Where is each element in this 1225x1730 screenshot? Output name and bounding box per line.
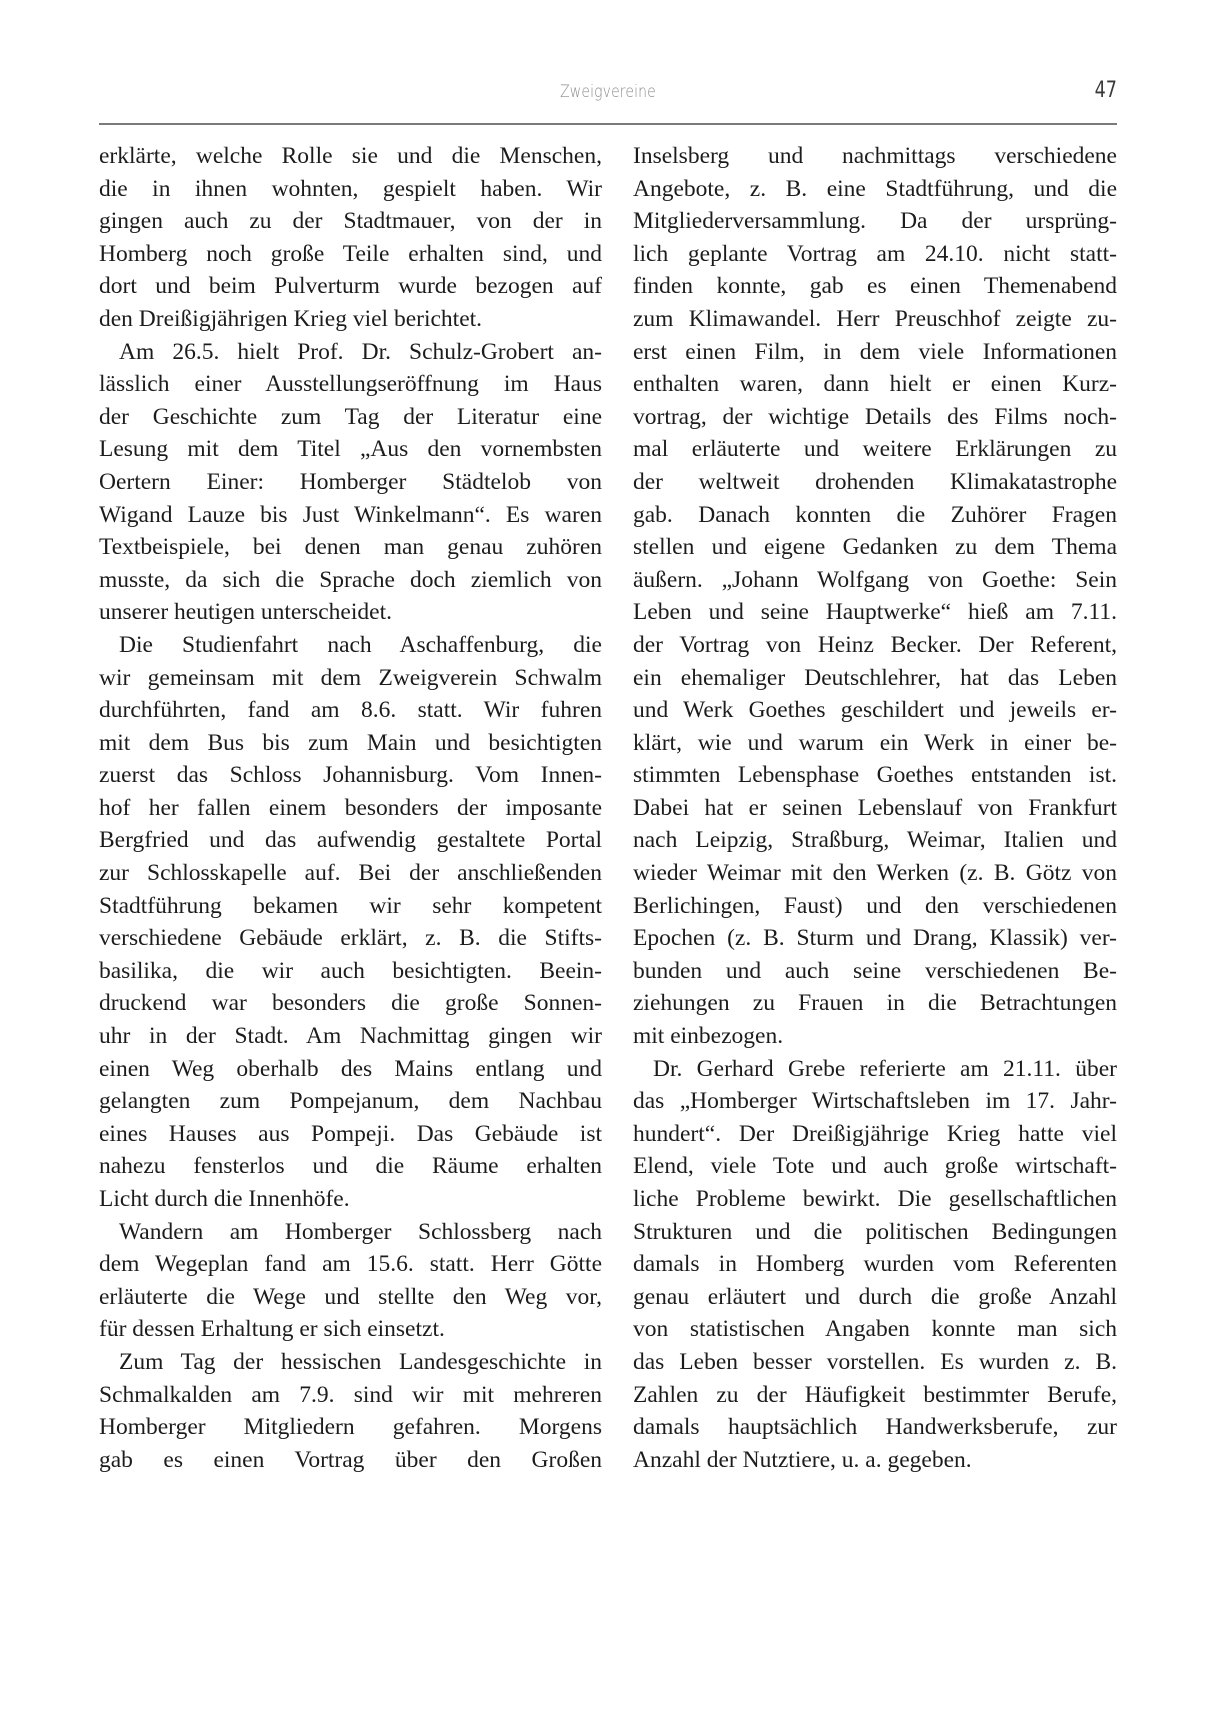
text-line: das Leben besser vorstellen. Es wurden z… [633, 1346, 1117, 1379]
text-line: gab. Danach konnten die Zuhörer Fragen [633, 499, 1117, 532]
text-line: Bergfried und das aufwendig gestaltete P… [99, 824, 602, 857]
paragraph: erklärte, welche Rolle sie und die Mensc… [99, 140, 602, 336]
text-line: unserer heutigen unterscheidet. [99, 596, 602, 629]
text-line: Zahlen zu der Häufigkeit bestimmter Beru… [633, 1379, 1117, 1412]
text-line: Homberg noch große Teile erhalten sind, … [99, 238, 602, 271]
text-line: mit einbezogen. [633, 1020, 1117, 1053]
running-header: Zweigvereine 47 [99, 76, 1117, 108]
text-line: verschiedene Gebäude erklärt, z. B. die … [99, 922, 602, 955]
text-line: der Vortrag von Heinz Becker. Der Refere… [633, 629, 1117, 662]
left-column: erklärte, welche Rolle sie und die Mensc… [99, 140, 602, 1476]
text-line: zum Klimawandel. Herr Preuschhof zeigte … [633, 303, 1117, 336]
text-line: genau erläutert und durch die große Anza… [633, 1281, 1117, 1314]
text-line: Berlichingen, Faust) und den verschieden… [633, 890, 1117, 923]
page-number: 47 [1095, 78, 1117, 103]
header-rule [99, 123, 1117, 125]
text-line: Am 26.5. hielt Prof. Dr. Schulz-Grobert … [99, 336, 602, 369]
paragraph: Zum Tag der hessischen Landesgeschichte … [99, 1346, 602, 1476]
text-line: klärt, wie und warum ein Werk in einer b… [633, 727, 1117, 760]
text-line: Leben und seine Hauptwerke“ hieß am 7.11… [633, 596, 1117, 629]
text-line: finden konnte, gab es einen Themenabend [633, 270, 1117, 303]
text-line: nach Leipzig, Straßburg, Weimar, Italien… [633, 824, 1117, 857]
text-line: musste, da sich die Sprache doch ziemlic… [99, 564, 602, 597]
text-line: äußern. „Johann Wolfgang von Goethe: Sei… [633, 564, 1117, 597]
text-line: Strukturen und die politischen Bedingung… [633, 1216, 1117, 1249]
text-line: liche Probleme bewirkt. Die gesellschaft… [633, 1183, 1117, 1216]
text-line: Zum Tag der hessischen Landesgeschichte … [99, 1346, 602, 1379]
text-line: und Werk Goethes geschildert und jeweils… [633, 694, 1117, 727]
text-line: stellen und eigene Gedanken zu dem Thema [633, 531, 1117, 564]
text-line: gab es einen Vortrag über den Großen [99, 1444, 602, 1477]
text-line: den Dreißigjährigen Krieg viel berichtet… [99, 303, 602, 336]
text-line: Licht durch die Innenhöfe. [99, 1183, 602, 1216]
text-line: Stadtführung bekamen wir sehr kompetent [99, 890, 602, 923]
text-line: wieder Weimar mit den Werken (z. B. Götz… [633, 857, 1117, 890]
text-line: Angebote, z. B. eine Stadtführung, und d… [633, 173, 1117, 206]
text-line: lässlich einer Ausstellungseröffnung im … [99, 368, 602, 401]
text-line: ziehungen zu Frauen in die Betrachtungen [633, 987, 1117, 1020]
text-line: Textbeispiele, bei denen man genau zuhör… [99, 531, 602, 564]
text-line: Dabei hat er seinen Lebenslauf von Frank… [633, 792, 1117, 825]
text-line: das „Homberger Wirtschaftsleben im 17. J… [633, 1085, 1117, 1118]
text-line: dem Wegeplan fand am 15.6. statt. Herr G… [99, 1248, 602, 1281]
text-line: der weltweit drohenden Klimakatastrophe [633, 466, 1117, 499]
paragraph: Die Studienfahrt nach Aschaffenburg, die… [99, 629, 602, 1216]
text-line: einen Weg oberhalb des Mains entlang und [99, 1053, 602, 1086]
text-line: druckend war besonders die große Sonnen- [99, 987, 602, 1020]
text-line: ein ehemaliger Deutschlehrer, hat das Le… [633, 662, 1117, 695]
paragraph: Inselsberg und nachmittags verschiedeneA… [633, 140, 1117, 1053]
text-line: eines Hauses aus Pompeji. Das Gebäude is… [99, 1118, 602, 1151]
text-line: zur Schlosskapelle auf. Bei der anschlie… [99, 857, 602, 890]
text-line: Epochen (z. B. Sturm und Drang, Klassik)… [633, 922, 1117, 955]
paragraph: Wandern am Homberger Schlossberg nachdem… [99, 1216, 602, 1346]
running-title: Zweigvereine [191, 82, 1026, 102]
text-line: vortrag, der wichtige Details des Films … [633, 401, 1117, 434]
text-line: lich geplante Vortrag am 24.10. nicht st… [633, 238, 1117, 271]
text-line: wir gemeinsam mit dem Zweigverein Schwal… [99, 662, 602, 695]
text-line: mal erläuterte und weitere Erklärungen z… [633, 433, 1117, 466]
text-line: Wigand Lauze bis Just Winkelmann“. Es wa… [99, 499, 602, 532]
text-line: erst einen Film, in dem viele Informatio… [633, 336, 1117, 369]
text-line: Anzahl der Nutztiere, u. a. gegeben. [633, 1444, 1117, 1477]
text-line: Homberger Mitgliedern gefahren. Morgens [99, 1411, 602, 1444]
text-line: der Geschichte zum Tag der Literatur ein… [99, 401, 602, 434]
paragraph: Dr. Gerhard Grebe referierte am 21.11. ü… [633, 1053, 1117, 1477]
text-line: Wandern am Homberger Schlossberg nach [99, 1216, 602, 1249]
paragraph: Am 26.5. hielt Prof. Dr. Schulz-Grobert … [99, 336, 602, 629]
text-line: Dr. Gerhard Grebe referierte am 21.11. ü… [633, 1053, 1117, 1086]
right-column: Inselsberg und nachmittags verschiedeneA… [633, 140, 1117, 1476]
text-line: enthalten waren, dann hielt er einen Kur… [633, 368, 1117, 401]
text-line: Die Studienfahrt nach Aschaffenburg, die [99, 629, 602, 662]
text-line: gingen auch zu der Stadtmauer, von der i… [99, 205, 602, 238]
text-line: basilika, die wir auch besichtigten. Bee… [99, 955, 602, 988]
book-page: Zweigvereine 47 erklärte, welche Rolle s… [0, 0, 1225, 1730]
text-line: uhr in der Stadt. Am Nachmittag gingen w… [99, 1020, 602, 1053]
text-line: nahezu fensterlos und die Räume erhalten [99, 1150, 602, 1183]
text-line: gelangten zum Pompejanum, dem Nachbau [99, 1085, 602, 1118]
text-line: Inselsberg und nachmittags verschiedene [633, 140, 1117, 173]
text-line: zuerst das Schloss Johannisburg. Vom Inn… [99, 759, 602, 792]
text-line: Oertern Einer: Homberger Städtelob von [99, 466, 602, 499]
text-line: für dessen Erhaltung er sich einsetzt. [99, 1313, 602, 1346]
text-line: dort und beim Pulverturm wurde bezogen a… [99, 270, 602, 303]
text-line: bunden und auch seine verschiedenen Be- [633, 955, 1117, 988]
text-line: von statistischen Angaben konnte man sic… [633, 1313, 1117, 1346]
text-line: damals hauptsächlich Handwerksberufe, zu… [633, 1411, 1117, 1444]
text-line: Elend, viele Tote und auch große wirtsch… [633, 1150, 1117, 1183]
text-line: Lesung mit dem Titel „Aus den vornembste… [99, 433, 602, 466]
text-line: hundert“. Der Dreißigjährige Krieg hatte… [633, 1118, 1117, 1151]
text-line: hof her fallen einem besonders der impos… [99, 792, 602, 825]
text-line: damals in Homberg wurden vom Referenten [633, 1248, 1117, 1281]
text-line: durchführten, fand am 8.6. statt. Wir fu… [99, 694, 602, 727]
text-line: erläuterte die Wege und stellte den Weg … [99, 1281, 602, 1314]
text-line: die in ihnen wohnten, gespielt haben. Wi… [99, 173, 602, 206]
text-line: Mitgliederversammlung. Da der ursprüng- [633, 205, 1117, 238]
text-line: mit dem Bus bis zum Main und besichtigte… [99, 727, 602, 760]
text-line: Schmalkalden am 7.9. sind wir mit mehrer… [99, 1379, 602, 1412]
text-line: erklärte, welche Rolle sie und die Mensc… [99, 140, 602, 173]
text-line: stimmten Lebensphase Goethes entstanden … [633, 759, 1117, 792]
